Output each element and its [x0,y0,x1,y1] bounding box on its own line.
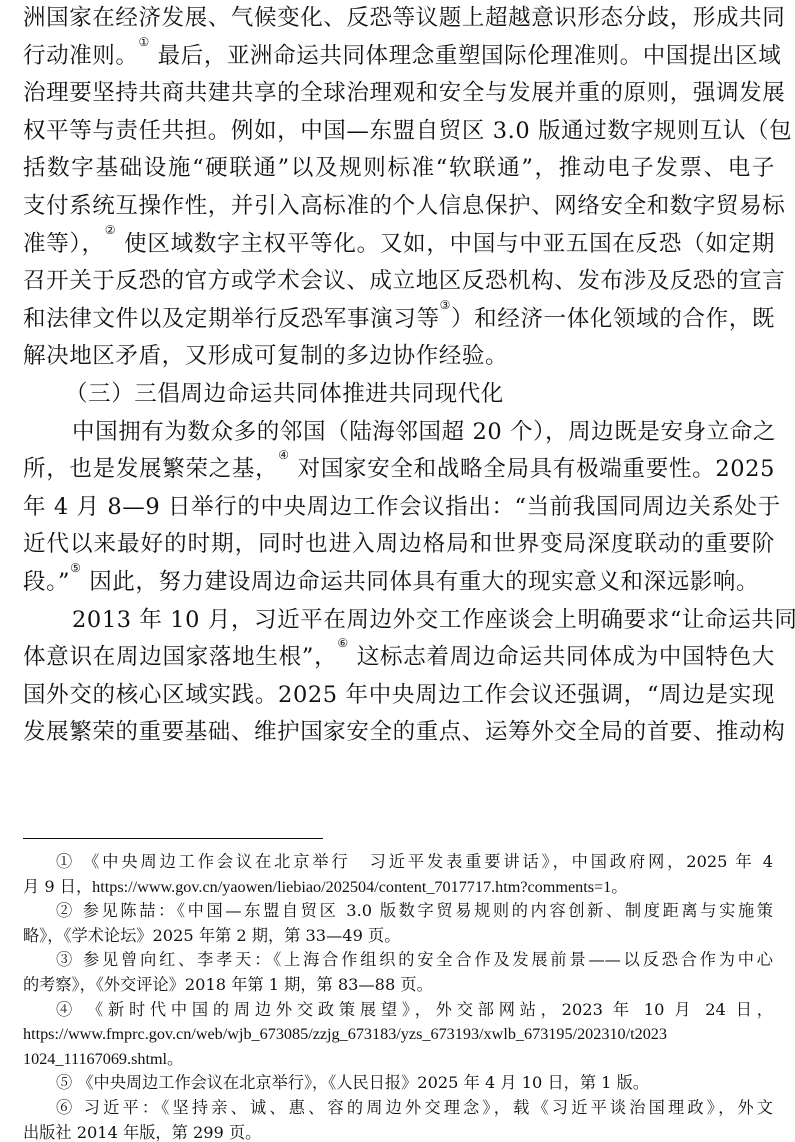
text-line: 2013 年 10 月，习近平在周边外交工作座谈会上明确要求“让命运共同 [23,602,775,640]
text-line: 国外交的核心区域实践。2025 年中央周边工作会议还强调，“周边是实现 [23,677,775,715]
text-line: 和法律文件以及定期举行反恐军事演习等③）和经济一体化领域的合作，既 [23,301,775,339]
footnote-text: 。 [167,1049,183,1068]
footnote-mark: ⑥ [56,1098,75,1117]
footnote-text: 《中央周边工作会议在北京举行》，《人民日报》2025 年 4 月 10 日，第 … [77,1073,649,1092]
footnote-mark: ③ [56,950,75,969]
text-fragment: 对国家安全和战略全局具有极端重要性。2025 [298,456,775,482]
footnote-separator [23,838,323,839]
footnote-ref-6[interactable]: ⑥ [337,636,349,650]
text-fragment: ）和经济一体化领域的合作，既 [451,306,775,332]
footnote-text: 习近平：《坚持亲、诚、惠、容的周边外交理念》，载《习近平谈治国理政》，外文 [84,1098,773,1117]
text-line: 召开关于反恐的官方或学术会议、成立地区反恐机构、发布涉及反恐的宣言 [23,263,775,301]
text-line: 权平等与责任共担。例如，中国—东盟自贸区 3.0 版通过数字规则互认（包 [23,113,775,151]
text-fragment: 段。” [23,569,70,595]
footnote-mark: ④ [56,1000,77,1019]
footnote-text: 月 9 日， [23,877,92,896]
text-line: 年 4 月 8—9 日举行的中央周边工作会议指出：“当前我国同周边关系处于 [23,489,775,527]
footnote-6: ⑥ 习近平：《坚持亲、诚、惠、容的周边外交理念》，载《习近平谈治国理政》，外文 [23,1096,773,1121]
text-line: 支付系统互操作性，并引入高标准的个人信息保护、网络安全和数字贸易标 [23,188,775,226]
text-fragment: 所，也是发展繁荣之基， [23,456,278,482]
footnote-mark: ⑤ [56,1073,72,1092]
footnote-6-cont: 出版社 2014 年版，第 299 页。 [23,1121,773,1142]
text-line: 发展繁荣的重要基础、维护国家安全的重点、运筹外交全局的首要、推动构 [23,714,775,752]
footnote-link-end[interactable]: 1024_11167069.shtml [23,1050,167,1068]
footnote-3: ③ 参见曾向红、李孝天：《上海合作组织的安全合作及发展前景——以反恐合作为中心 [23,948,773,973]
text-line: 体意识在周边国家落地生根”，⑥ 这标志着周边命运共同体成为中国特色大 [23,639,775,677]
text-fragment: 行动准则。 [23,43,139,69]
footnote-4: ④ 《新时代中国的周边外交政策展望》，外交部网站，2023 年 10 月 24 … [23,998,773,1023]
footnote-text: 参见陈喆：《中国—东盟自贸区 3.0 版数字贸易规则的内容创新、制度距离与实施策 [83,901,773,920]
text-line: 括数字基础设施“硬联通”以及规则标准“软联通”，推动电子发票、电子 [23,150,775,188]
footnote-ref-5[interactable]: ⑤ [70,561,81,575]
text-fragment: 和法律文件以及定期举行反恐军事演习等 [23,306,440,332]
footnote-mark: ② [56,901,75,920]
footnote-1-cont: 月 9 日，https://www.gov.cn/yaowen/liebiao/… [23,875,773,900]
footnote-link[interactable]: https://www.fmprc.gov.cn/web/wjb_673085/… [23,1022,773,1047]
text-fragment: 体意识在周边国家落地生根”， [23,644,337,670]
text-line: 段。”⑤ 因此，努力建设周边命运共同体具有重大的现实意义和深远影响。 [23,564,775,602]
document-page: 洲国家在经济发展、气候变化、反恐等议题上超越意识形态分歧，形成共同 行动准则。①… [23,0,775,752]
footnote-1: ① 《中央周边工作会议在北京举行 习近平发表重要讲话》，中国政府网，2025 年… [23,850,773,875]
footnote-5: ⑤ 《中央周边工作会议在北京举行》，《人民日报》2025 年 4 月 10 日，… [23,1071,773,1096]
footnote-ref-1[interactable]: ① [139,35,150,49]
text-line: 洲国家在经济发展、气候变化、反恐等议题上超越意识形态分歧，形成共同 [23,0,775,38]
footnote-text: 。 [611,877,627,896]
footnote-text: 《新时代中国的周边外交政策展望》，外交部网站，2023 年 10 月 24 日， [87,1000,773,1019]
text-line: 准等），② 使区域数字主权平等化。又如，中国与中亚五国在反恐（如定期 [23,226,775,264]
footnote-mark: ① [56,852,75,871]
footnote-link[interactable]: https://www.gov.cn/yaowen/liebiao/202504… [92,878,611,896]
footnote-ref-2[interactable]: ② [105,223,117,237]
text-line: 近代以来最好的时期，同时也进入周边格局和世界变局深度联动的重要阶 [23,526,775,564]
text-line: 中国拥有为数众多的邻国（陆海邻国超 20 个），周边既是安身立命之 [23,414,775,452]
footnote-text: 参见曾向红、李孝天：《上海合作组织的安全合作及发展前景——以反恐合作为中心 [83,950,773,969]
footnote-ref-3[interactable]: ③ [440,298,451,312]
footnote-3-cont: 的考察》，《外交评论》2018 年第 1 期，第 83—88 页。 [23,973,773,998]
text-line: 所，也是发展繁荣之基，④ 对国家安全和战略全局具有极端重要性。2025 [23,451,775,489]
text-line: 行动准则。① 最后，亚洲命运共同体理念重塑国际伦理准则。中国提出区域 [23,38,775,76]
footnote-2-cont: 略》，《学术论坛》2025 年第 2 期，第 33—49 页。 [23,924,773,949]
text-fragment: 这标志着周边命运共同体成为中国特色大 [357,644,775,670]
text-fragment: 使区域数字主权平等化。又如，中国与中亚五国在反恐（如定期 [124,231,775,257]
text-fragment: 因此，努力建设周边命运共同体具有重大的现实意义和深远影响。 [89,569,759,595]
text-line: 解决地区矛盾，又形成可复制的多边协作经验。 [23,338,775,376]
text-fragment: 准等）， [23,231,105,257]
footnote-2: ② 参见陈喆：《中国—东盟自贸区 3.0 版数字贸易规则的内容创新、制度距离与实… [23,899,773,924]
footnotes: ① 《中央周边工作会议在北京举行 习近平发表重要讲话》，中国政府网，2025 年… [23,850,773,1142]
section-heading: （三）三倡周边命运共同体推进共同现代化 [23,376,775,414]
text-line: 治理要坚持共商共建共享的全球治理观和安全与发展并重的原则，强调发展 [23,75,775,113]
footnote-ref-4[interactable]: ④ [278,448,289,462]
text-fragment: 最后，亚洲命运共同体理念重塑国际伦理准则。中国提出区域 [158,43,782,69]
footnote-4-cont: 1024_11167069.shtml。 [23,1047,773,1072]
footnote-text: 《中央周边工作会议在北京举行 习近平发表重要讲话》，中国政府网，2025 年 4 [83,852,773,871]
body-text: 洲国家在经济发展、气候变化、反恐等议题上超越意识形态分歧，形成共同 行动准则。①… [23,0,775,752]
